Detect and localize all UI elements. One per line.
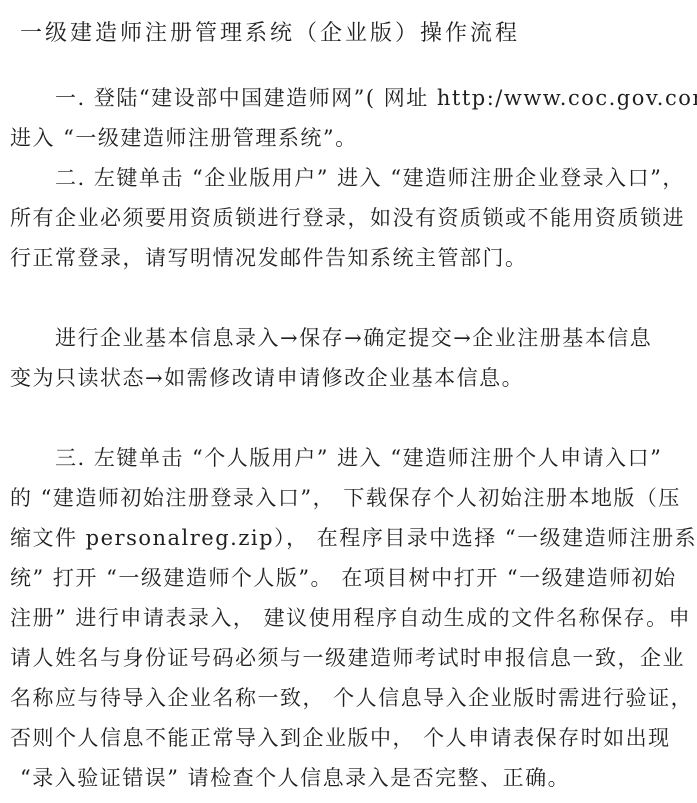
text-line: 三. 左键单击 “个人版用户” 进入 “建造师注册个人申请入口” — [10, 438, 693, 478]
paragraph-step-3: 三. 左键单击 “个人版用户” 进入 “建造师注册个人申请入口” 的 “建造师初… — [10, 438, 693, 798]
text-line: 注册” 进行申请表录入， 建议使用程序自动生成的文件名称保存。申 — [10, 598, 693, 638]
text-line: 二. 左键单击 “企业版用户” 进入 “建造师注册企业登录入口”， — [10, 158, 693, 198]
paragraph-process-flow: 进行企业基本信息录入→保存→确定提交→企业注册基本信息 变为只读状态→如需修改请… — [10, 318, 693, 398]
text-line: 行正常登录，请写明情况发邮件告知系统主管部门。 — [10, 238, 693, 278]
text-line: “录入验证错误” 请检查个人信息录入是否完整、正确。 — [10, 758, 693, 798]
text-line: 统” 打开 “一级建造师个人版”。 在项目树中打开 “一级建造师初始 — [10, 558, 693, 598]
text-line: 的 “建造师初始注册登录入口”， 下载保存个人初始注册本地版（压 — [10, 478, 693, 518]
paragraph-step-1: 一. 登陆“建设部中国建造师网”( 网址 http:/www.coc.gov.c… — [10, 78, 693, 158]
text-line: 缩文件 personalreg.zip）， 在程序目录中选择 “一级建造师注册系 — [10, 518, 693, 558]
document-title: 一级建造师注册管理系统（企业版）操作流程 — [20, 18, 693, 50]
text-line: 变为只读状态→如需修改请申请修改企业基本信息。 — [10, 358, 693, 398]
paragraph-step-2: 二. 左键单击 “企业版用户” 进入 “建造师注册企业登录入口”， 所有企业必须… — [10, 158, 693, 278]
text-line: 所有企业必须要用资质锁进行登录，如没有资质锁或不能用资质锁进 — [10, 198, 693, 238]
document: 一级建造师注册管理系统（企业版）操作流程 一. 登陆“建设部中国建造师网”( 网… — [0, 0, 697, 798]
text-line: 名称应与待导入企业名称一致， 个人信息导入企业版时需进行验证， — [10, 678, 693, 718]
text-line: 否则个人信息不能正常导入到企业版中， 个人申请表保存时如出现 — [10, 718, 693, 758]
page: { "page": { "title": "一级建造师注册管理系统（企业版）操作… — [0, 0, 697, 803]
text-line: 进行企业基本信息录入→保存→确定提交→企业注册基本信息 — [10, 318, 693, 358]
text-line: 一. 登陆“建设部中国建造师网”( 网址 http:/www.coc.gov.c… — [10, 78, 693, 118]
text-line: 进入 “一级建造师注册管理系统”。 — [10, 118, 693, 158]
text-line: 请人姓名与身份证号码必须与一级建造师考试时申报信息一致，企业 — [10, 638, 693, 678]
